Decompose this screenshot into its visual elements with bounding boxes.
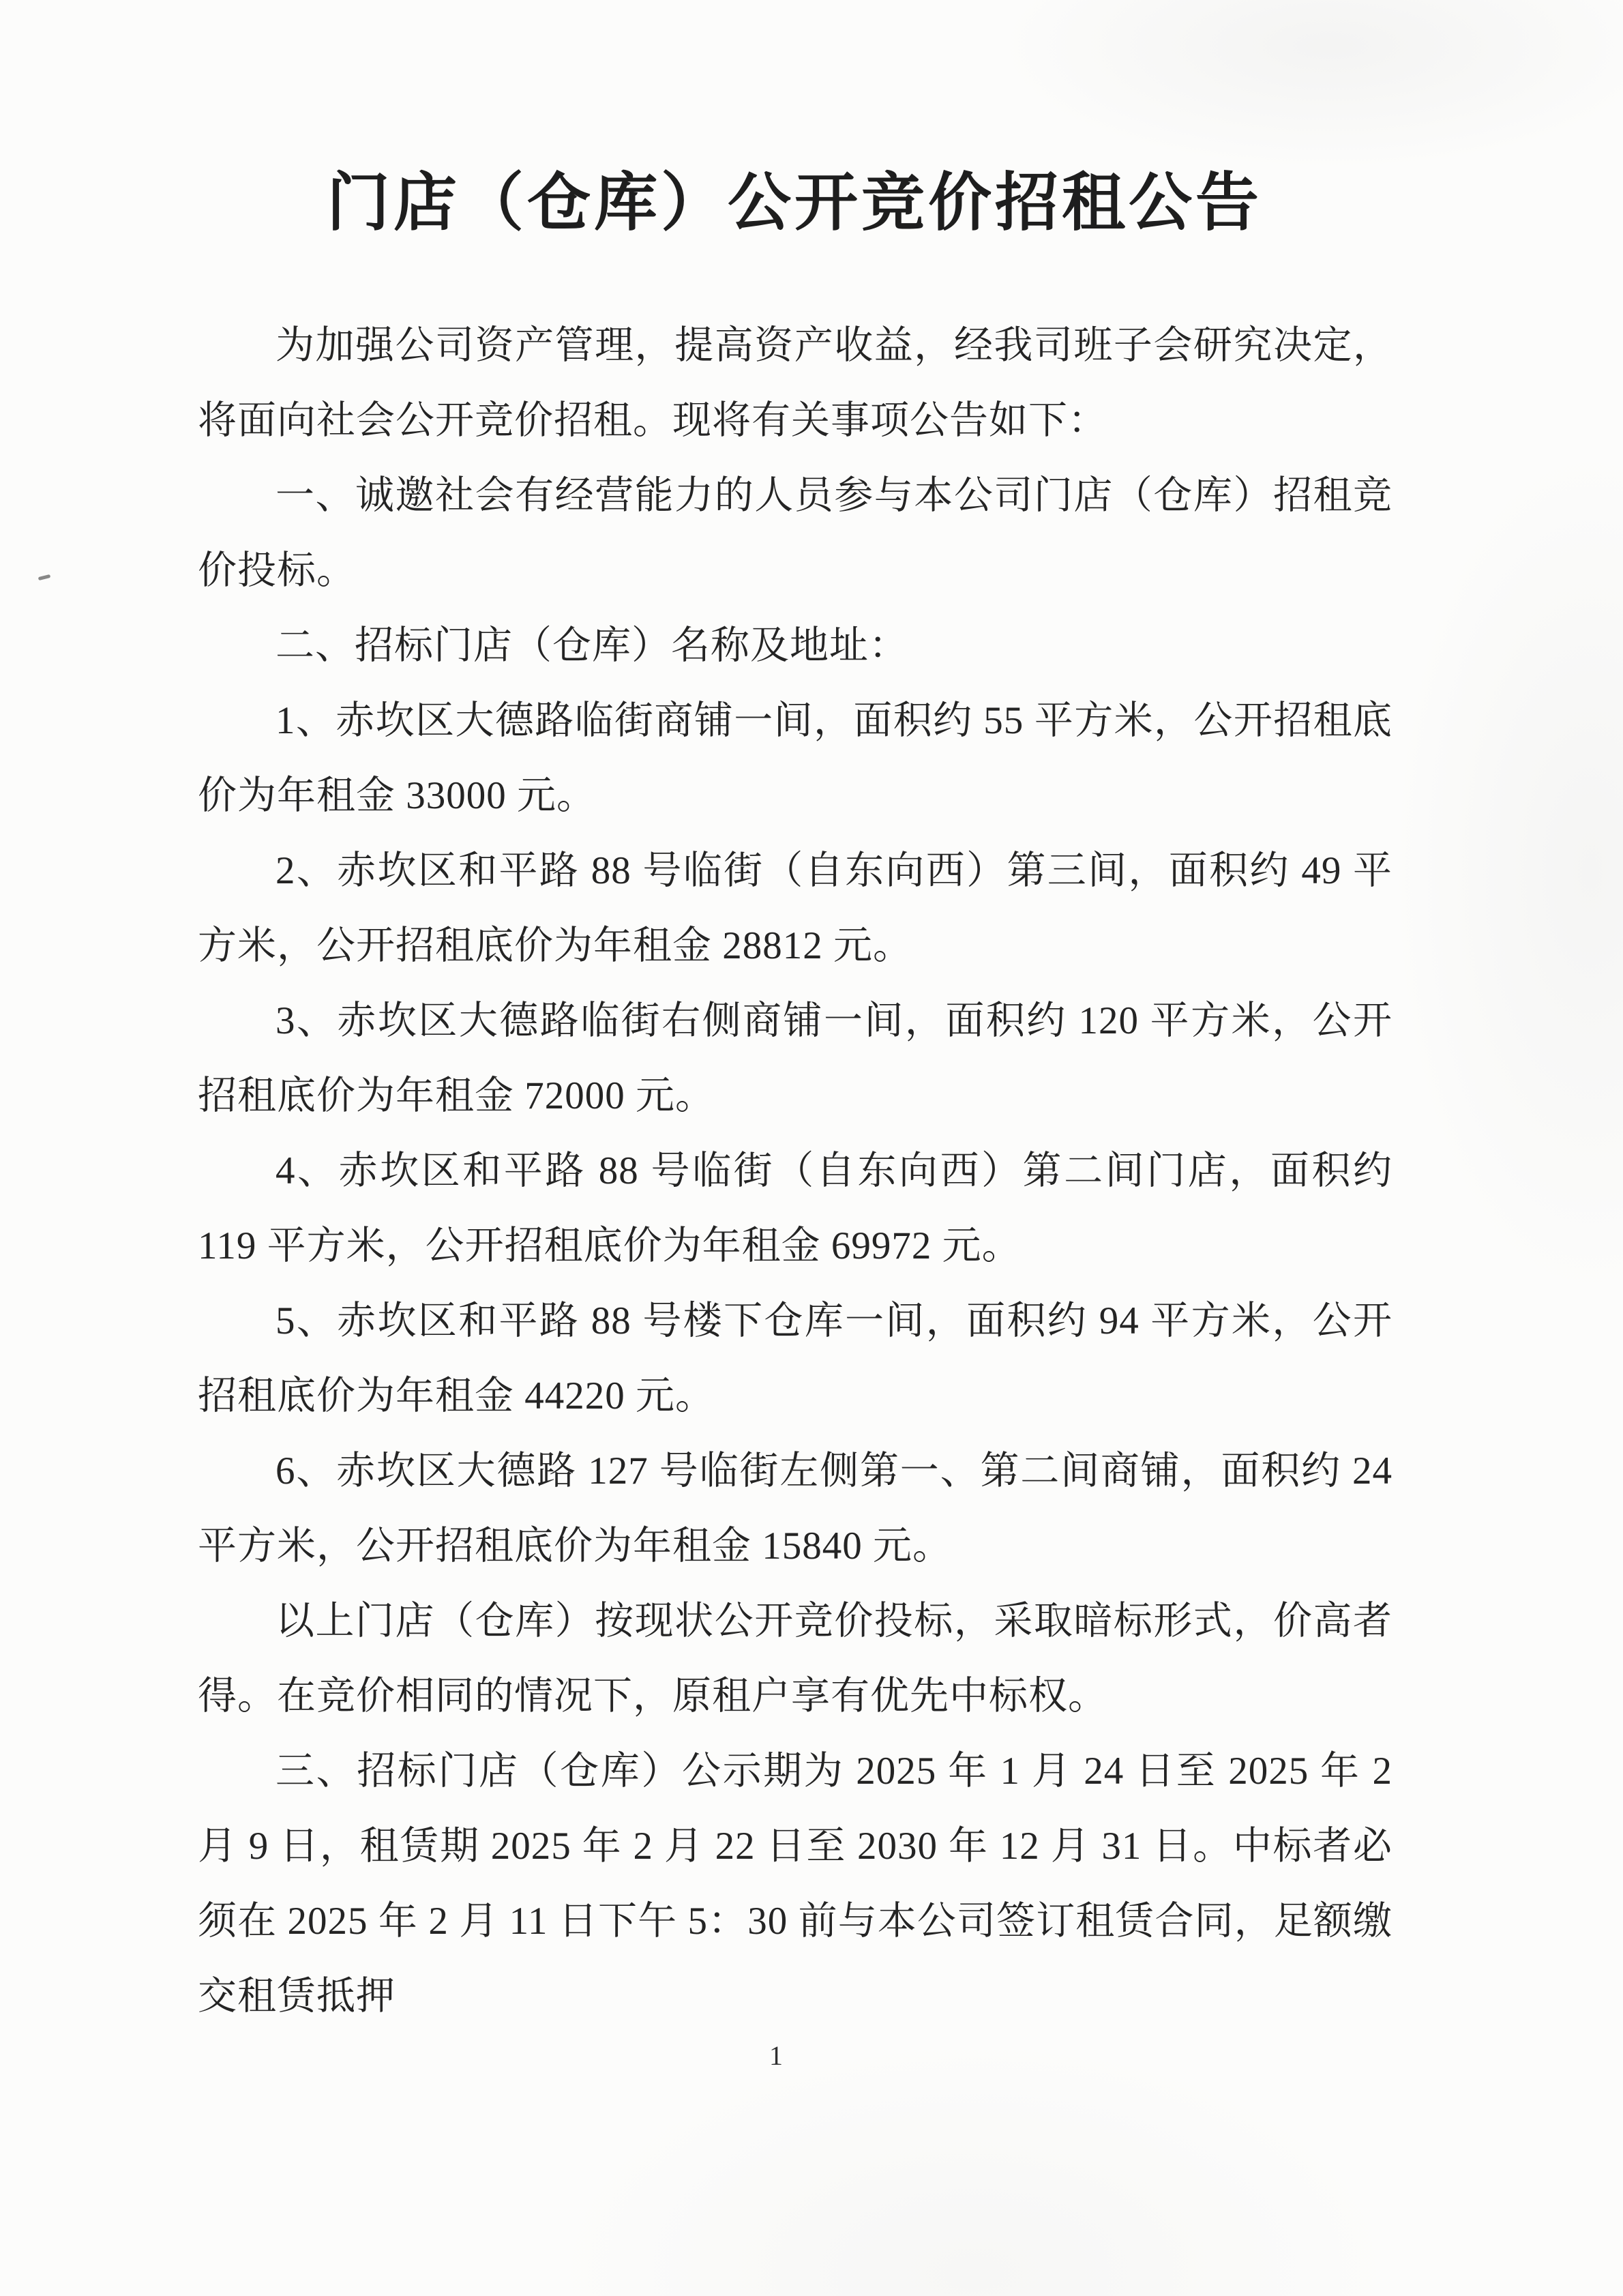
listing-item-5: 5、赤坎区和平路 88 号楼下仓库一间，面积约 94 平方米，公开招租底价为年租…	[198, 1284, 1393, 1434]
section-2-heading: 二、招标门店（仓库）名称及地址：	[198, 608, 1393, 683]
scan-speck-artifact	[38, 574, 51, 580]
listing-item-3: 3、赤坎区大德路临街右侧商铺一间，面积约 120 平方米，公开招租底价为年租金 …	[198, 984, 1393, 1134]
document-body: 为加强公司资产管理，提高资产收益，经我司班子会研究决定，将面向社会公开竞价招租。…	[198, 308, 1393, 2034]
listing-item-6: 6、赤坎区大德路 127 号临街左侧第一、第二间商铺，面积约 24 平方米，公开…	[198, 1434, 1393, 1584]
page-number: 1	[769, 2040, 783, 2072]
section-1-invitation: 一、诚邀社会有经营能力的人员参与本公司门店（仓库）招租竞价投标。	[198, 458, 1393, 608]
listing-item-2: 2、赤坎区和平路 88 号临街（自东向西）第三间，面积约 49 平方米，公开招租…	[198, 834, 1393, 984]
section-3-schedule-paragraph: 三、招标门店（仓库）公示期为 2025 年 1 月 24 日至 2025 年 2…	[198, 1734, 1393, 2034]
intro-paragraph: 为加强公司资产管理，提高资产收益，经我司班子会研究决定，将面向社会公开竞价招租。…	[198, 308, 1393, 458]
listing-item-4: 4、赤坎区和平路 88 号临街（自东向西）第二间门店，面积约 119 平方米，公…	[198, 1134, 1393, 1284]
bidding-rules-paragraph: 以上门店（仓库）按现状公开竞价投标，采取暗标形式，价高者得。在竞价相同的情况下，…	[198, 1584, 1393, 1734]
listing-item-1: 1、赤坎区大德路临街商铺一间，面积约 55 平方米，公开招租底价为年租金 330…	[198, 683, 1393, 834]
document-title: 门店（仓库）公开竞价招租公告	[198, 151, 1391, 243]
document-page: 门店（仓库）公开竞价招租公告 为加强公司资产管理，提高资产收益，经我司班子会研究…	[0, 0, 1623, 2296]
